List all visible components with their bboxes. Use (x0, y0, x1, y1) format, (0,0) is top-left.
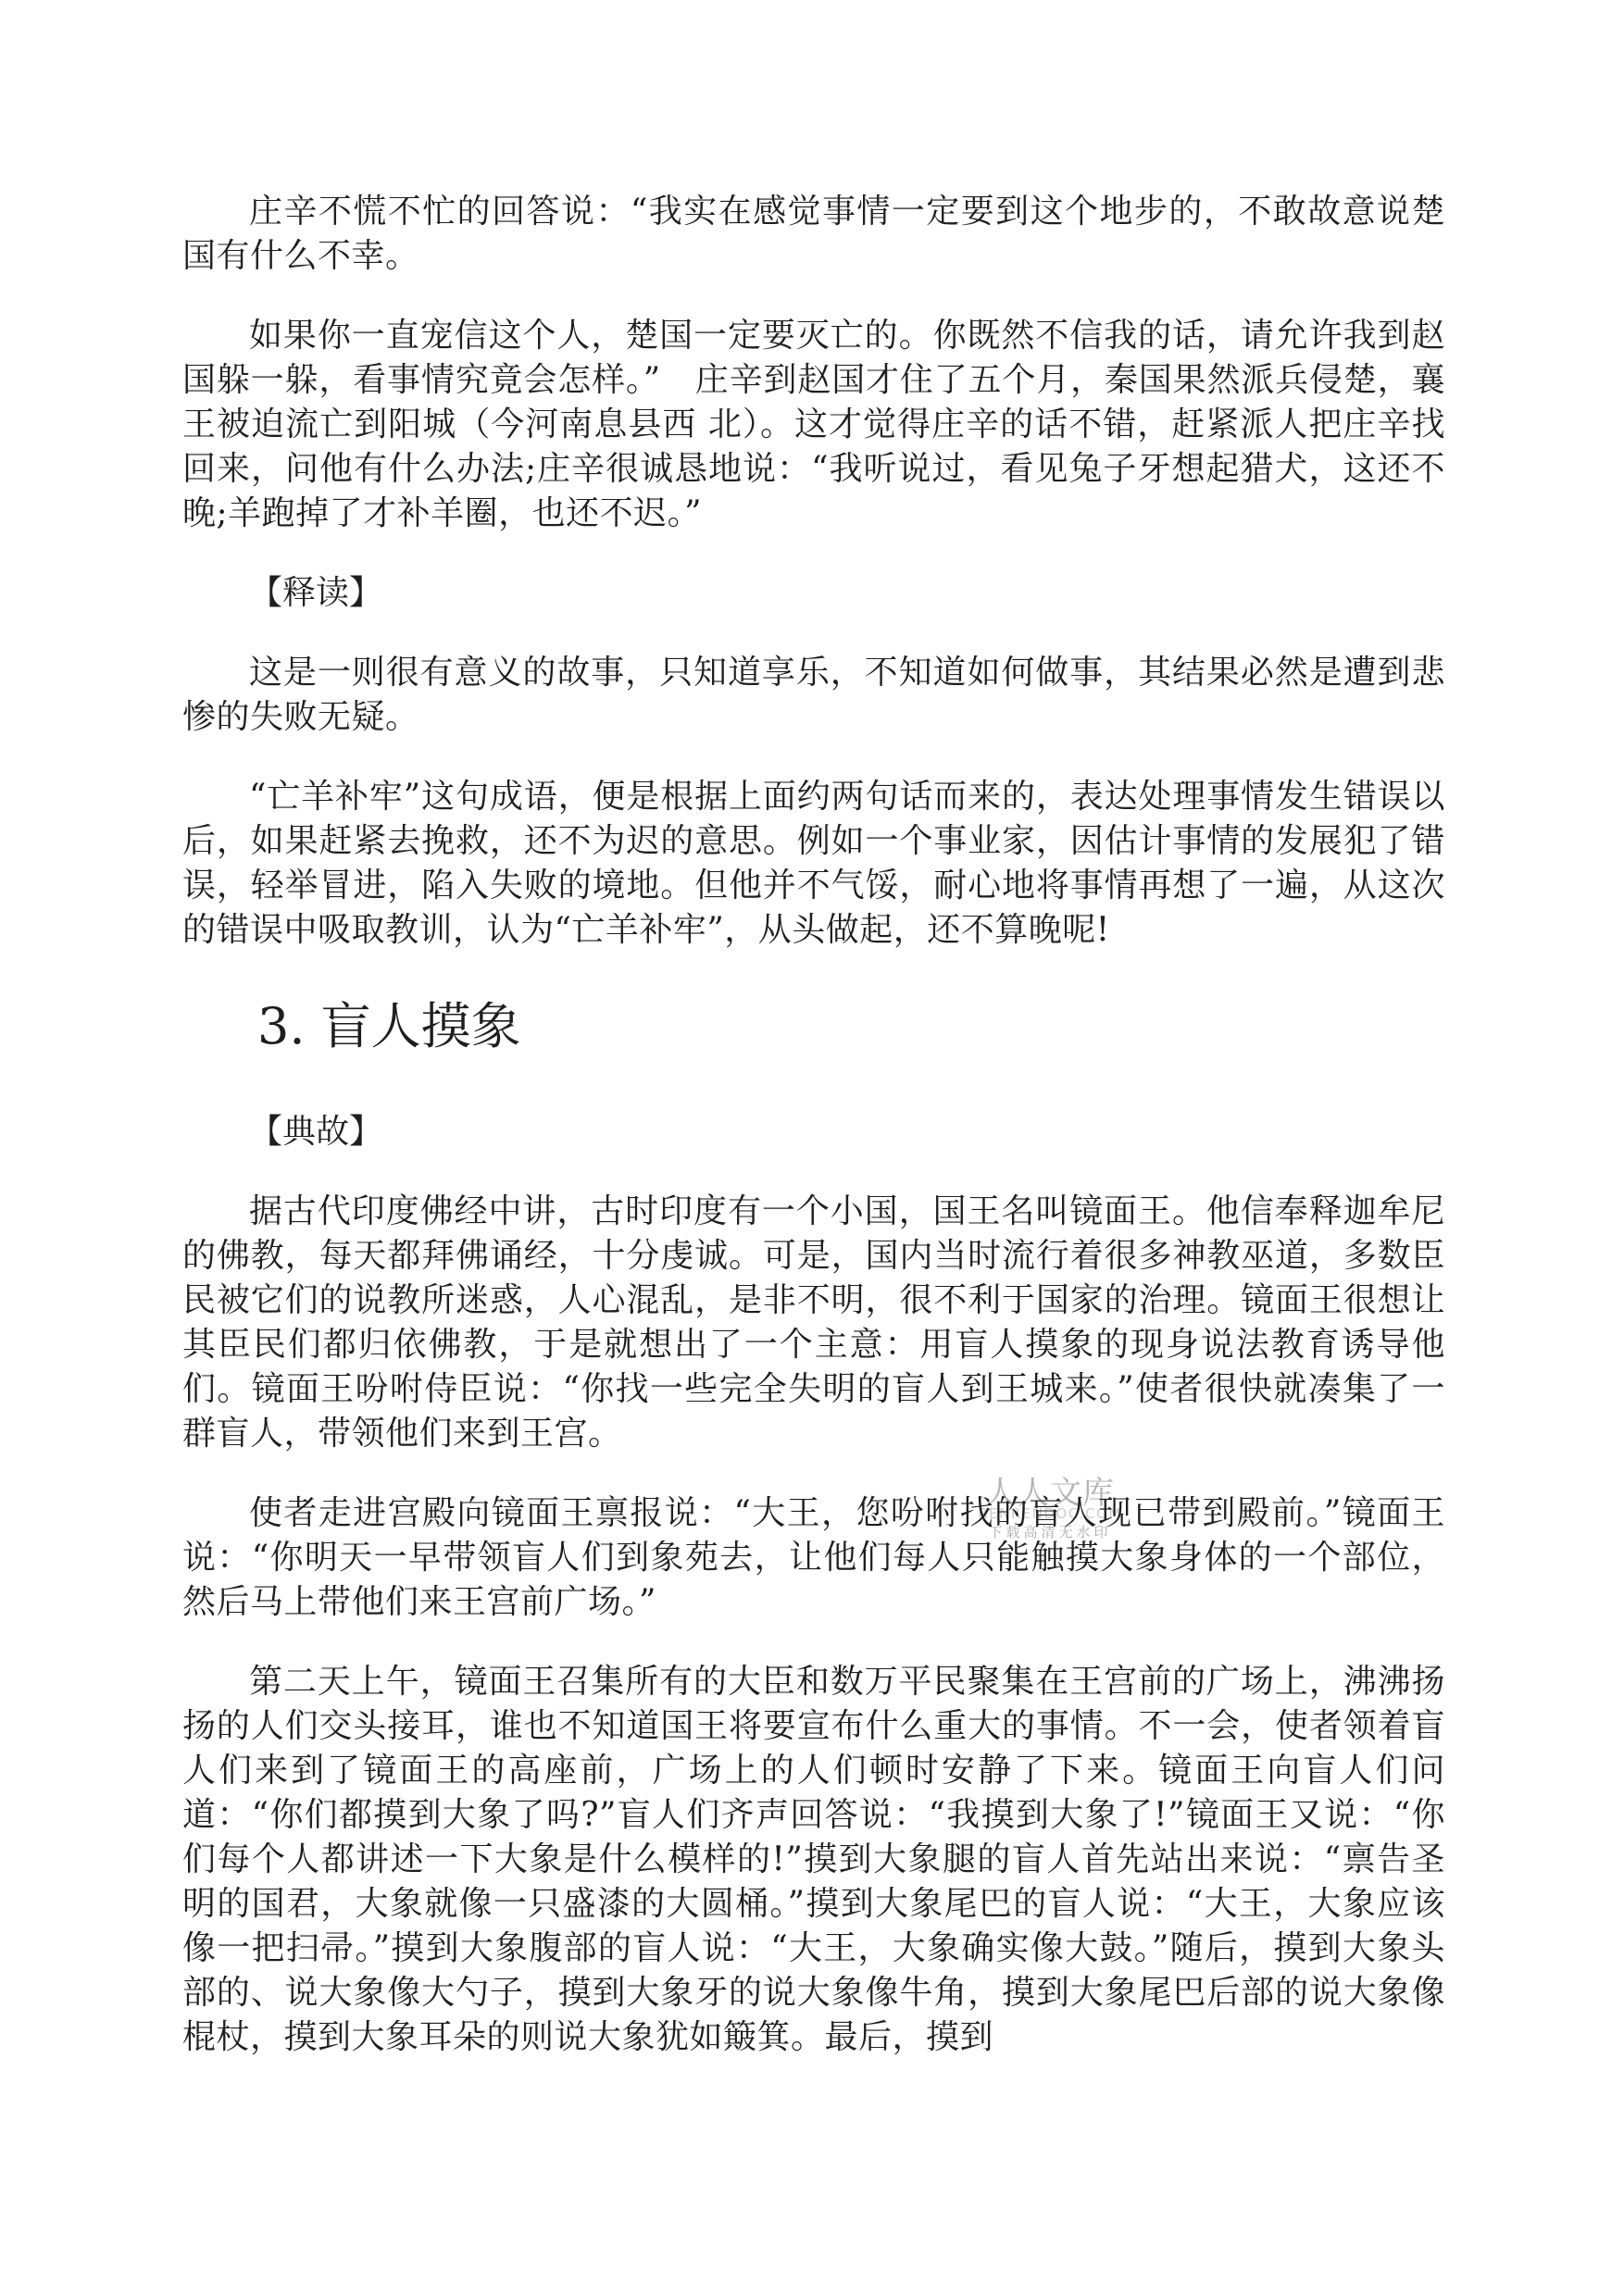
paragraph: 使者走进宫殿向镜面王禀报说：“大王，您吩咐找的盲人现已带到殿前。”镜面王说：“你… (182, 1491, 1445, 1625)
chapter-heading: 3. 盲人摸象 (182, 990, 1445, 1064)
document-content: 庄辛不慌不忙的回答说：“我实在感觉事情一定要到这个地步的，不敢故意说楚国有什么不… (182, 190, 1445, 2095)
section-label: 【典故】 (182, 1110, 1445, 1154)
paragraph: 据古代印度佛经中讲，古时印度有一个小国，国王名叫镜面王。他信奉释迦牟尼的佛教，每… (182, 1190, 1445, 1456)
document-page: 人人文库 RENRENDOC.COM 下载高清无水印 庄辛不慌不忙的回答说：“我… (0, 0, 1624, 2295)
paragraph: 这是一则很有意义的故事，只知道享乐，不知道如何做事，其结果必然是遭到悲惨的失败无… (182, 651, 1445, 740)
section-label: 【释读】 (182, 571, 1445, 616)
paragraph: “亡羊补牢”这句成语，便是根据上面约两句话而来的，表达处理事情发生错误以后，如果… (182, 775, 1445, 953)
paragraph: 庄辛不慌不忙的回答说：“我实在感觉事情一定要到这个地步的，不敢故意说楚国有什么不… (182, 190, 1445, 279)
paragraph: 第二天上午，镜面王召集所有的大臣和数万平民聚集在王宫前的广场上，沸沸扬扬的人们交… (182, 1660, 1445, 2060)
paragraph: 如果你一直宠信这个人，楚国一定要灭亡的。你既然不信我的话，请允许我到赵国躲一躲，… (182, 314, 1445, 536)
